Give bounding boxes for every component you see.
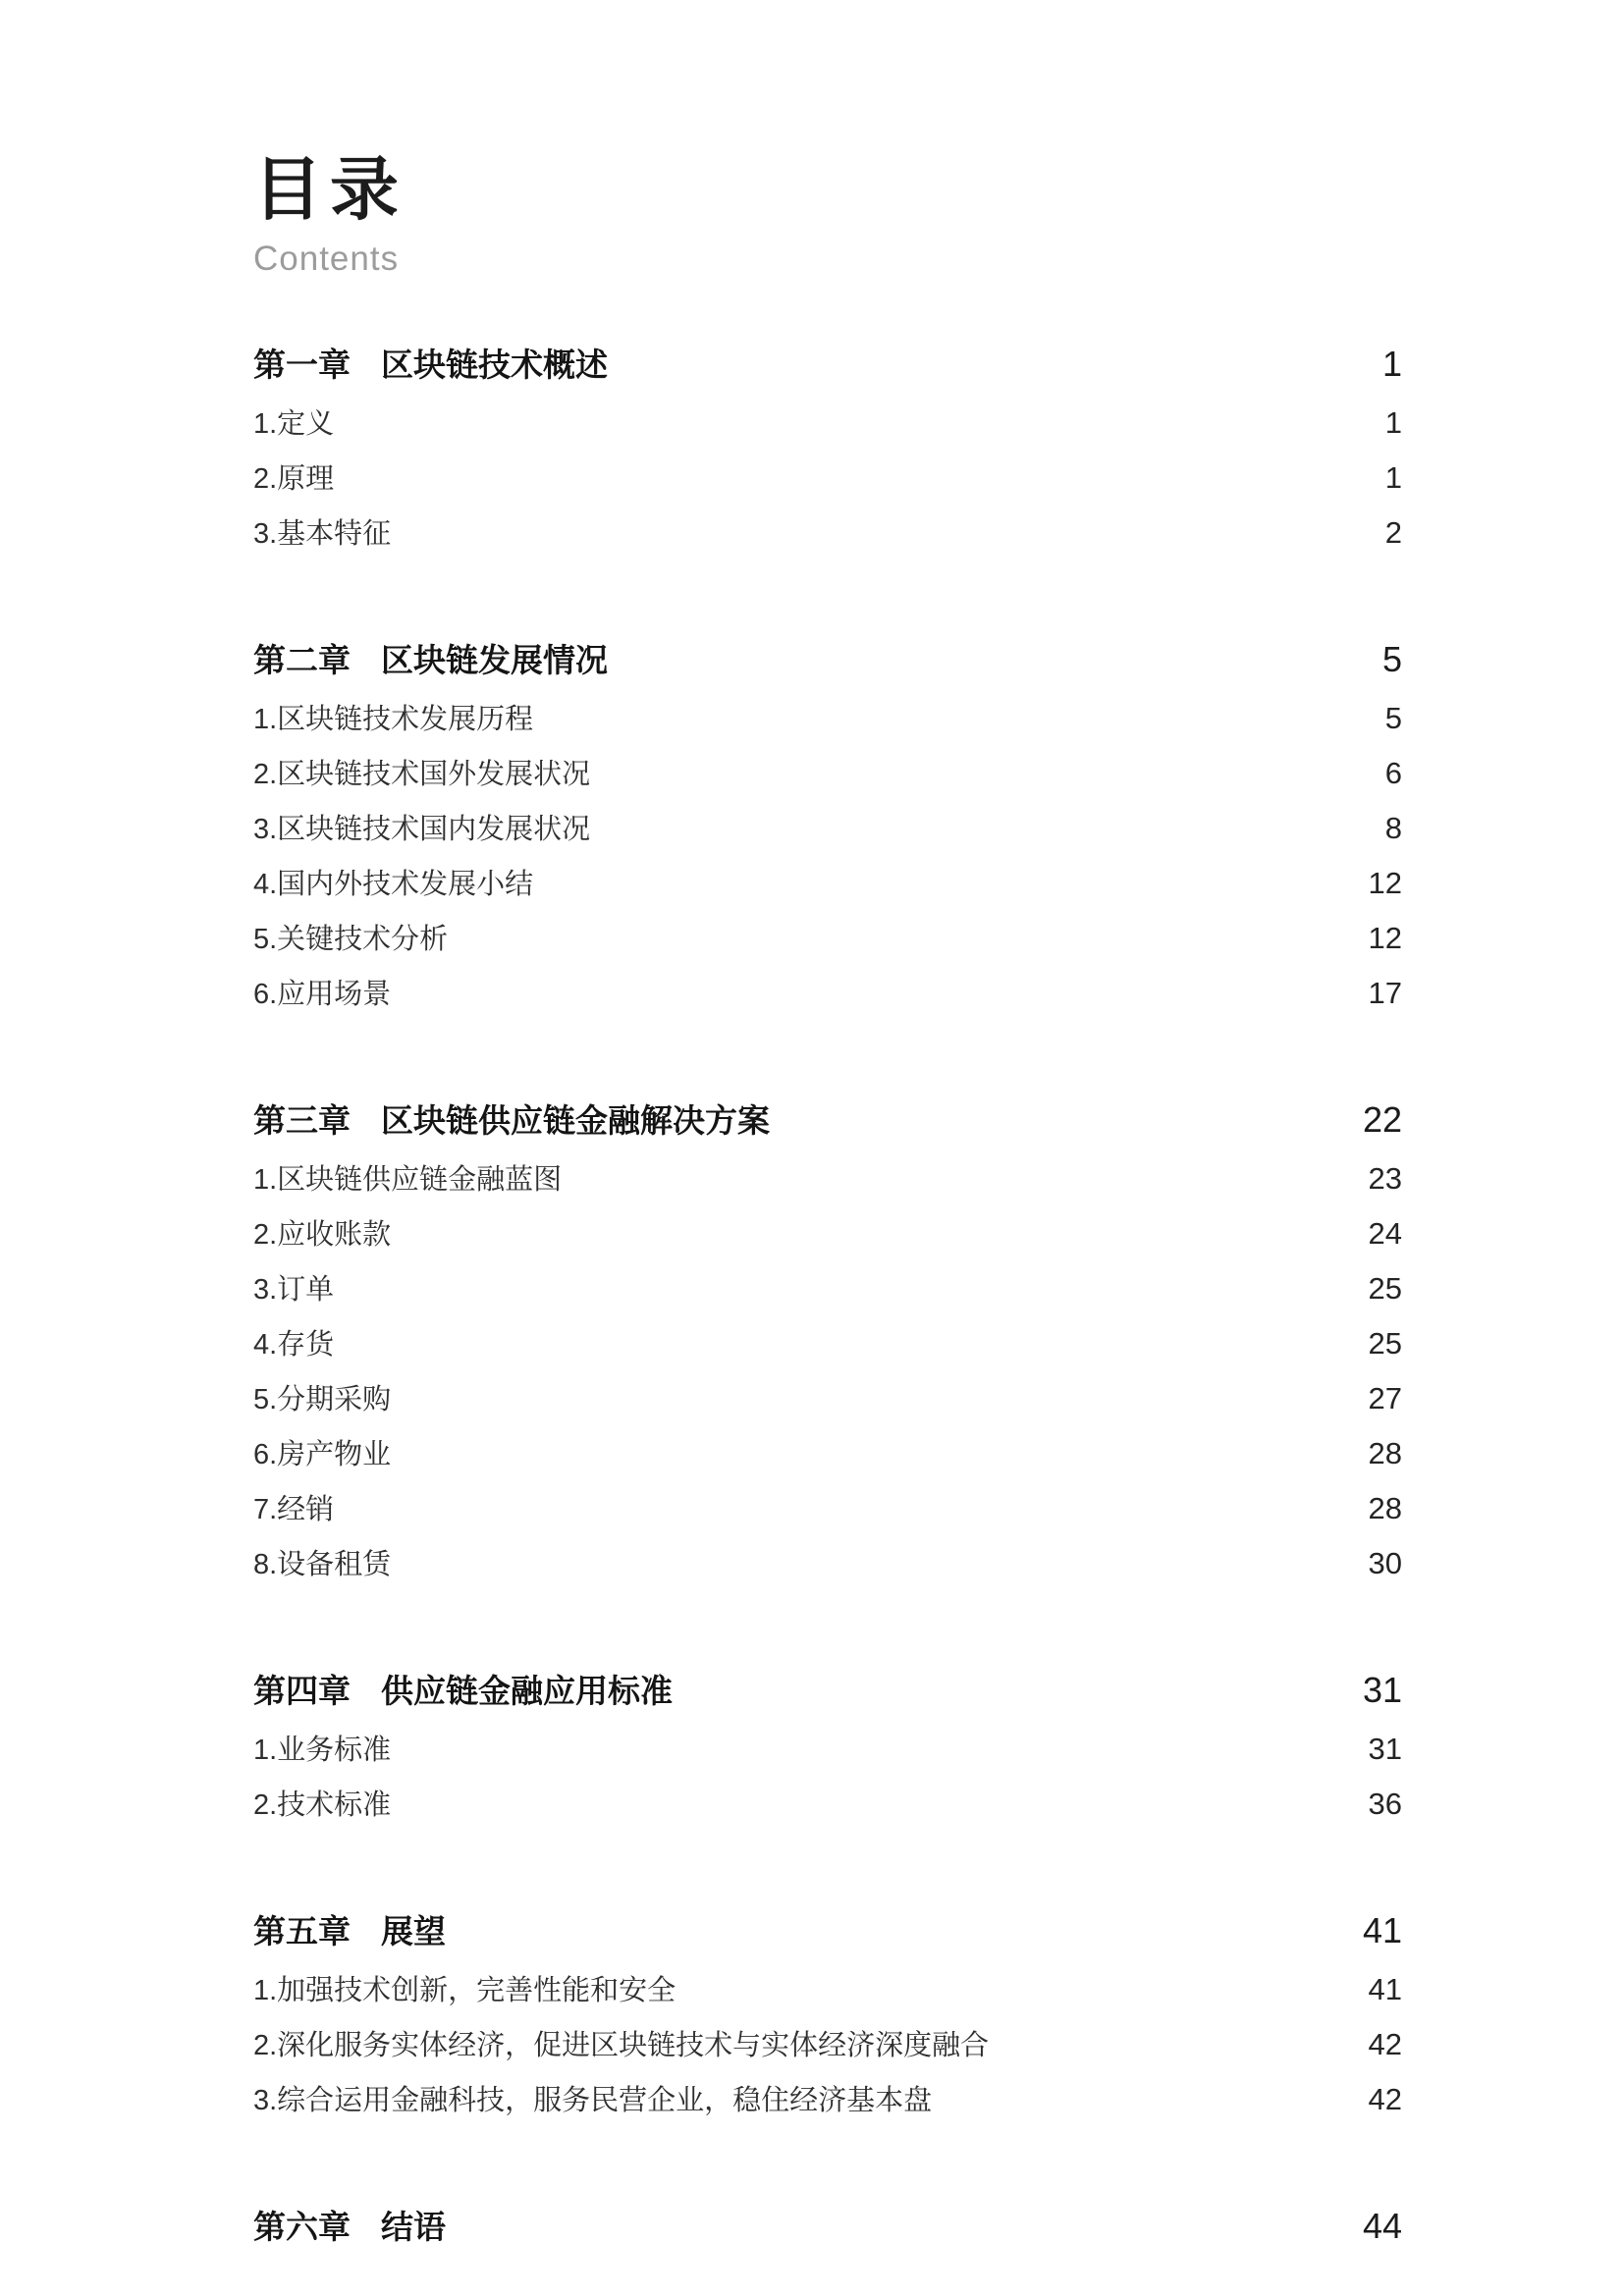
- chapter-page-number: 44: [1363, 2209, 1402, 2244]
- chapter-number: 第四章: [253, 1673, 351, 1709]
- toc-item-label: 2.区块链技术国外发展状况: [253, 761, 590, 789]
- chapter-title: 第四章供应链金融应用标准: [253, 1672, 673, 1710]
- page-title: 目录: [253, 152, 1402, 228]
- toc-item-label: 1.定义: [253, 410, 334, 439]
- toc-item-label: 1.区块链技术发展历程: [253, 706, 533, 734]
- toc-item-label: 2.深化服务实体经济，促进区块链技术与实体经济深度融合: [253, 2032, 989, 2060]
- toc-item-row[interactable]: 1.业务标准 31: [253, 1734, 1402, 1765]
- chapter-title: 第三章区块链供应链金融解决方案: [253, 1101, 770, 1140]
- toc-chapter: 第一章区块链技术概述 1 1.定义 1 2.原理 1 3.基本特征 2: [253, 346, 1402, 572]
- chapter-page-number: 31: [1363, 1673, 1402, 1708]
- toc-chapter: 第五章展望 41 1.加强技术创新，完善性能和安全 41 2.深化服务实体经济，…: [253, 1912, 1402, 2139]
- chapter-name: 展望: [381, 1913, 446, 1949]
- toc-item-label: 2.原理: [253, 465, 334, 494]
- toc-item-page-number: 27: [1369, 1383, 1402, 1414]
- toc-item-page-number: 24: [1369, 1218, 1402, 1249]
- chapter-name: 供应链金融应用标准: [381, 1673, 673, 1709]
- toc-item-row[interactable]: 2.深化服务实体经济，促进区块链技术与实体经济深度融合 42: [253, 2029, 1402, 2060]
- chapter-row[interactable]: 第二章区块链发展情况 5: [253, 641, 1402, 679]
- page-subtitle: Contents: [253, 241, 1402, 277]
- chapter-name: 区块链发展情况: [381, 642, 608, 678]
- chapter-number: 第一章: [253, 347, 351, 383]
- toc-item-page-number: 25: [1369, 1328, 1402, 1359]
- toc-item-page-number: 42: [1369, 2029, 1402, 2059]
- toc-item-row[interactable]: 5.关键技术分析 12: [253, 923, 1402, 954]
- chapter-items: 1.加强技术创新，完善性能和安全 41 2.深化服务实体经济，促进区块链技术与实…: [253, 1974, 1402, 2115]
- toc-item-label: 8.设备租赁: [253, 1551, 391, 1579]
- chapter-page-number: 5: [1382, 642, 1402, 677]
- toc-item-page-number: 6: [1385, 758, 1402, 788]
- toc-chapter: 第二章区块链发展情况 5 1.区块链技术发展历程 5 2.区块链技术国外发展状况…: [253, 641, 1402, 1033]
- toc-item-page-number: 36: [1369, 1789, 1402, 1819]
- toc-item-row[interactable]: 5.分期采购 27: [253, 1383, 1402, 1415]
- toc-chapter: 第三章区块链供应链金融解决方案 22 1.区块链供应链金融蓝图 23 2.应收账…: [253, 1101, 1402, 1603]
- toc-item-page-number: 1: [1385, 462, 1402, 493]
- chapter-number: 第五章: [253, 1913, 351, 1949]
- toc-list: 第一章区块链技术概述 1 1.定义 1 2.原理 1 3.基本特征 2 第二章区…: [253, 346, 1402, 2269]
- toc-item-row[interactable]: 3.订单 25: [253, 1273, 1402, 1305]
- toc-item-row[interactable]: 8.设备租赁 30: [253, 1548, 1402, 1579]
- toc-item-page-number: 28: [1369, 1493, 1402, 1523]
- toc-item-label: 4.国内外技术发展小结: [253, 871, 533, 899]
- toc-page: 目录 Contents 第一章区块链技术概述 1 1.定义 1 2.原理 1 3…: [0, 0, 1623, 2296]
- toc-chapter: 第四章供应链金融应用标准 31 1.业务标准 31 2.技术标准 36: [253, 1672, 1402, 1843]
- toc-item-row[interactable]: 3.基本特征 2: [253, 517, 1402, 549]
- toc-item-row[interactable]: 1.加强技术创新，完善性能和安全 41: [253, 1974, 1402, 2005]
- chapter-title: 第二章区块链发展情况: [253, 641, 608, 679]
- chapter-row[interactable]: 第五章展望 41: [253, 1912, 1402, 1950]
- toc-item-row[interactable]: 2.应收账款 24: [253, 1218, 1402, 1250]
- toc-item-label: 2.应收账款: [253, 1221, 391, 1250]
- toc-item-label: 3.区块链技术国内发展状况: [253, 816, 590, 844]
- chapter-row[interactable]: 第一章区块链技术概述 1: [253, 346, 1402, 384]
- toc-item-row[interactable]: 7.经销 28: [253, 1493, 1402, 1524]
- chapter-row[interactable]: 第三章区块链供应链金融解决方案 22: [253, 1101, 1402, 1140]
- toc-item-label: 5.分期采购: [253, 1386, 391, 1415]
- toc-item-row[interactable]: 2.区块链技术国外发展状况 6: [253, 758, 1402, 789]
- toc-item-row[interactable]: 3.综合运用金融科技，服务民营企业，稳住经济基本盘 42: [253, 2084, 1402, 2115]
- toc-item-page-number: 12: [1369, 868, 1402, 898]
- toc-item-label: 1.业务标准: [253, 1736, 391, 1765]
- toc-item-page-number: 23: [1369, 1163, 1402, 1194]
- toc-item-page-number: 28: [1369, 1438, 1402, 1468]
- chapter-items: 1.区块链供应链金融蓝图 23 2.应收账款 24 3.订单 25 4.存货 2…: [253, 1163, 1402, 1579]
- toc-item-row[interactable]: 3.区块链技术国内发展状况 8: [253, 813, 1402, 844]
- toc-item-page-number: 2: [1385, 517, 1402, 548]
- toc-item-label: 5.关键技术分析: [253, 926, 448, 954]
- toc-chapter: 第六章结语 44: [253, 2208, 1402, 2269]
- chapter-items: 1.区块链技术发展历程 5 2.区块链技术国外发展状况 6 3.区块链技术国内发…: [253, 703, 1402, 1009]
- toc-item-label: 3.订单: [253, 1276, 334, 1305]
- chapter-name: 区块链供应链金融解决方案: [381, 1102, 770, 1139]
- toc-item-label: 3.综合运用金融科技，服务民营企业，稳住经济基本盘: [253, 2087, 932, 2115]
- chapter-page-number: 41: [1363, 1913, 1402, 1949]
- chapter-row[interactable]: 第四章供应链金融应用标准 31: [253, 1672, 1402, 1710]
- toc-item-row[interactable]: 6.房产物业 28: [253, 1438, 1402, 1469]
- toc-item-label: 3.基本特征: [253, 520, 391, 549]
- toc-item-row[interactable]: 2.原理 1: [253, 462, 1402, 494]
- toc-item-row[interactable]: 1.区块链技术发展历程 5: [253, 703, 1402, 734]
- toc-item-row[interactable]: 2.技术标准 36: [253, 1789, 1402, 1820]
- chapter-title: 第六章结语: [253, 2208, 446, 2246]
- toc-item-page-number: 31: [1369, 1734, 1402, 1764]
- chapter-number: 第二章: [253, 642, 351, 678]
- toc-item-page-number: 41: [1369, 1974, 1402, 2004]
- chapter-items: 1.业务标准 31 2.技术标准 36: [253, 1734, 1402, 1820]
- toc-item-label: 6.房产物业: [253, 1441, 391, 1469]
- chapter-name: 区块链技术概述: [381, 347, 608, 383]
- toc-item-label: 7.经销: [253, 1496, 334, 1524]
- toc-item-row[interactable]: 1.定义 1: [253, 407, 1402, 439]
- toc-item-label: 1.加强技术创新，完善性能和安全: [253, 1977, 676, 2005]
- chapter-row[interactable]: 第六章结语 44: [253, 2208, 1402, 2246]
- toc-item-label: 1.区块链供应链金融蓝图: [253, 1166, 562, 1195]
- toc-item-page-number: 42: [1369, 2084, 1402, 2114]
- toc-item-page-number: 8: [1385, 813, 1402, 843]
- toc-item-page-number: 1: [1385, 407, 1402, 438]
- chapter-title: 第一章区块链技术概述: [253, 346, 608, 384]
- toc-item-label: 2.技术标准: [253, 1791, 391, 1820]
- toc-item-page-number: 12: [1369, 923, 1402, 953]
- toc-item-page-number: 5: [1385, 703, 1402, 733]
- toc-item-row[interactable]: 4.存货 25: [253, 1328, 1402, 1360]
- toc-item-row[interactable]: 1.区块链供应链金融蓝图 23: [253, 1163, 1402, 1195]
- chapter-items: 1.定义 1 2.原理 1 3.基本特征 2: [253, 407, 1402, 549]
- chapter-page-number: 1: [1382, 347, 1402, 382]
- toc-item-page-number: 17: [1369, 978, 1402, 1008]
- toc-item-label: 4.存货: [253, 1331, 334, 1360]
- toc-item-label: 6.应用场景: [253, 981, 391, 1009]
- toc-item-row[interactable]: 6.应用场景 17: [253, 978, 1402, 1009]
- toc-item-page-number: 30: [1369, 1548, 1402, 1578]
- chapter-number: 第三章: [253, 1102, 351, 1139]
- chapter-number: 第六章: [253, 2209, 351, 2245]
- chapter-page-number: 22: [1363, 1102, 1402, 1138]
- toc-item-page-number: 25: [1369, 1273, 1402, 1304]
- toc-item-row[interactable]: 4.国内外技术发展小结 12: [253, 868, 1402, 899]
- chapter-name: 结语: [381, 2209, 446, 2245]
- chapter-title: 第五章展望: [253, 1912, 446, 1950]
